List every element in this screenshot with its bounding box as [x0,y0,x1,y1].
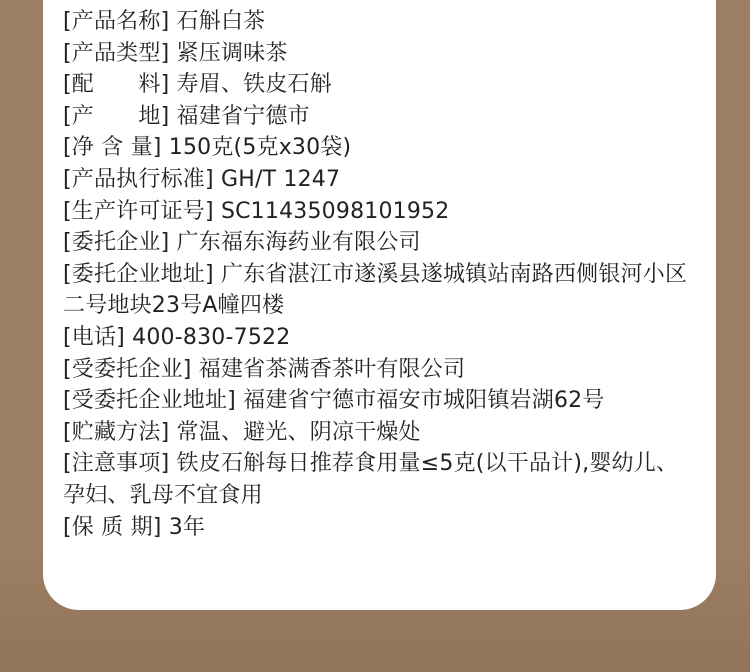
spec-row-storage-method: [贮藏方法] 常温、避光、阴凉干燥处 [63,417,700,449]
spec-row-product-type: [产品类型] 紧压调味茶 [63,38,700,70]
spec-row-entrusting-company: [委托企业] 广东福东海药业有限公司 [63,227,700,259]
product-spec-card: [产品名称] 石斛白茶 [产品类型] 紧压调味茶 [配 料] 寿眉、铁皮石斛 [… [43,0,716,610]
page-background: [产品名称] 石斛白茶 [产品类型] 紧压调味茶 [配 料] 寿眉、铁皮石斛 [… [0,0,750,672]
spec-row-entrusting-address: [委托企业地址] 广东省湛江市遂溪县遂城镇站南路西侧银河小区二号地块23号A幢四… [63,259,700,322]
spec-row-product-name: [产品名称] 石斛白茶 [63,6,700,38]
spec-row-phone: [电话] 400-830-7522 [63,322,700,354]
spec-row-shelf-life: [保 质 期] 3年 [63,512,700,544]
spec-row-standard: [产品执行标准] GH/T 1247 [63,164,700,196]
spec-row-entrusted-address: [受委托企业地址] 福建省宁德市福安市城阳镇岩湖62号 [63,385,700,417]
spec-row-net-weight: [净 含 量] 150克(5克x30袋) [63,132,700,164]
spec-row-license-number: [生产许可证号] SC11435098101952 [63,196,700,228]
spec-row-origin: [产 地] 福建省宁德市 [63,101,700,133]
spec-row-precautions: [注意事项] 铁皮石斛每日推荐食用量≤5克(以干品计),婴幼儿、孕妇、乳母不宜食… [63,448,700,511]
spec-row-ingredients: [配 料] 寿眉、铁皮石斛 [63,69,700,101]
spec-row-entrusted-company: [受委托企业] 福建省茶满香茶叶有限公司 [63,354,700,386]
